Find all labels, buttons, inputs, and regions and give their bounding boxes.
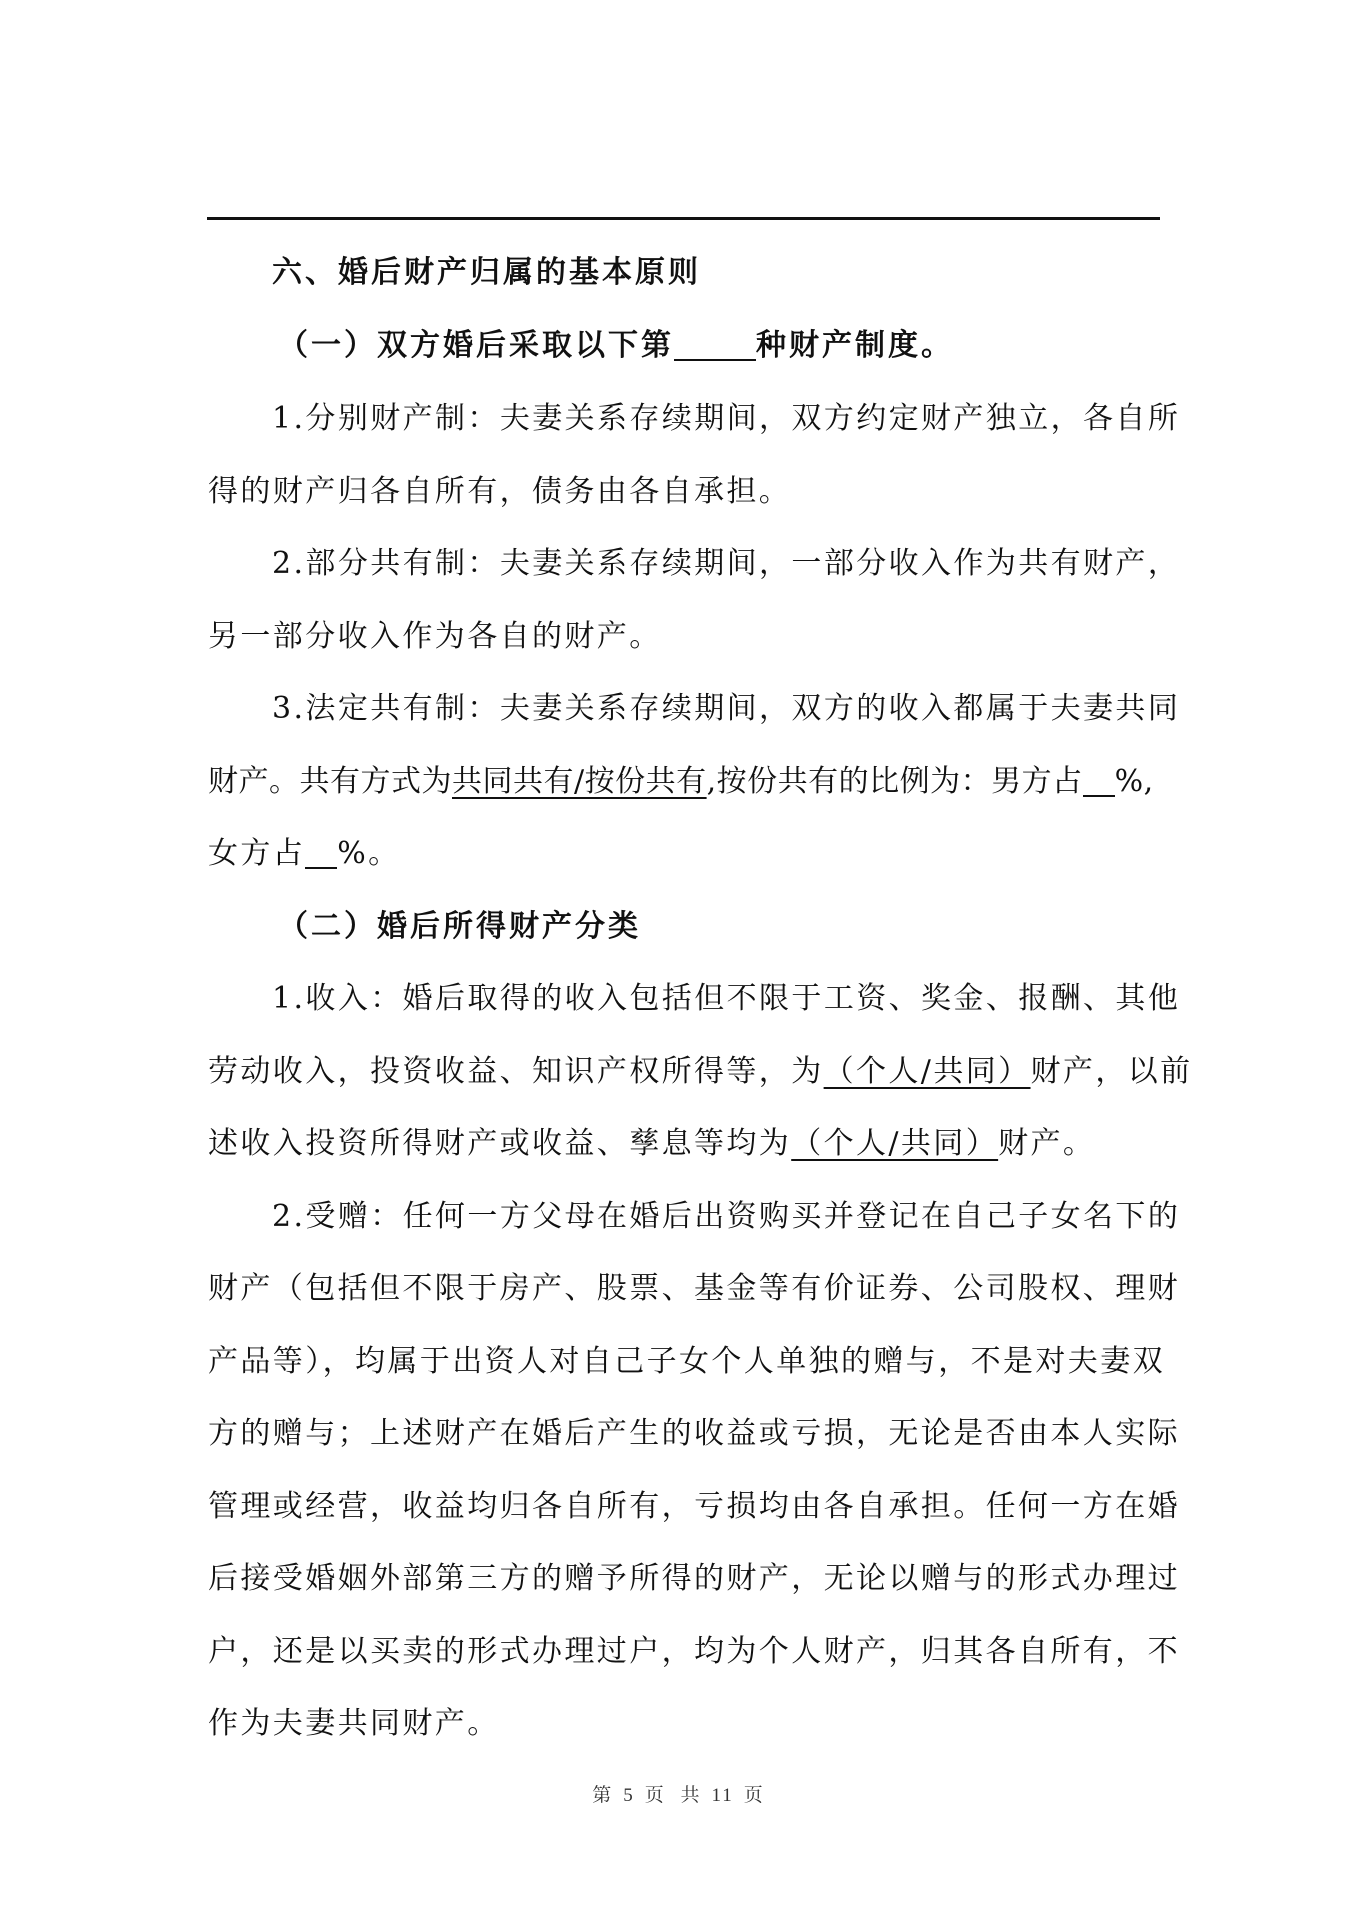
footer-mid: 页 共 (645, 1785, 702, 1806)
male-share-blank[interactable] (1083, 765, 1115, 797)
item-partial-line-2: 另一部分收入作为各自的财产。 (208, 617, 1153, 657)
gift-line-7: 户，还是以买卖的形式办理过户，均为个人财产，归其各自所有，不 (208, 1632, 1153, 1672)
gift-line-5: 管理或经营，收益均归各自所有，亏损均由各自承担。任何一方在婚 (208, 1487, 1153, 1527)
gift-line-8: 作为夫妻共同财产。 (208, 1704, 1153, 1744)
part2-heading: （二）婚后所得财产分类 (278, 907, 1223, 947)
text: 财产。 (998, 1126, 1095, 1161)
text: 财产。共有方式为 (208, 764, 452, 799)
female-share-blank[interactable] (305, 837, 337, 869)
part1-heading-after: 种财产制度。 (756, 328, 954, 363)
text: ,按份共有的比例为：男方占 (707, 764, 1083, 799)
gift-line-1: 2.受赠：任何一方父母在婚后出资购买并登记在自己子女名下的 (272, 1197, 1153, 1237)
income-line-3: 述收入投资所得财产或收益、孳息等均为（个人/共同）财产。 (208, 1124, 1153, 1164)
income-line-1: 1.收入：婚后取得的收入包括但不限于工资、奖金、报酬、其他 (272, 979, 1153, 1019)
text: %, (1115, 764, 1154, 799)
total-pages-number: 11 (711, 1785, 733, 1806)
text: 女方占 (208, 836, 305, 871)
footer-suffix: 页 (744, 1785, 765, 1806)
gift-line-4: 方的赠与；上述财产在婚后产生的收益或亏损，无论是否由本人实际 (208, 1414, 1153, 1454)
text: %。 (337, 836, 400, 871)
page-footer: 第5页 共11页 (0, 1780, 1357, 1807)
income-ownership-options[interactable]: （个人/共同） (824, 1054, 1031, 1089)
footer-prefix: 第 (592, 1785, 613, 1806)
text: 述收入投资所得财产或收益、孳息等均为 (208, 1126, 791, 1161)
gift-line-2: 财产（包括但不限于房产、股票、基金等有价证券、公司股权、理财 (208, 1269, 1153, 1309)
current-page-number: 5 (623, 1785, 635, 1806)
item-partial-line-1: 2.部分共有制：夫妻关系存续期间，一部分收入作为共有财产， (272, 544, 1153, 584)
item-statutory-line-1: 3.法定共有制：夫妻关系存续期间，双方的收入都属于夫妻共同 (272, 689, 1153, 729)
item-statutory-line-3: 女方占%。 (208, 834, 1153, 874)
part1-heading: （一）双方婚后采取以下第种财产制度。 (278, 326, 1223, 366)
header-rule (207, 217, 1160, 220)
item-separate-line-2: 得的财产归各自所有，债务由各自承担。 (208, 472, 1153, 512)
item-separate-line-1: 1.分别财产制：夫妻关系存续期间，双方约定财产独立，各自所 (272, 399, 1153, 439)
text: 劳动收入，投资收益、知识产权所得等，为 (208, 1054, 824, 1089)
ownership-mode-options[interactable]: 共同共有/按份共有 (452, 764, 707, 799)
gift-line-6: 后接受婚姻外部第三方的赠予所得的财产，无论以赠与的形式办理过 (208, 1559, 1153, 1599)
income-line-2: 劳动收入，投资收益、知识产权所得等，为（个人/共同）财产，以前 (208, 1052, 1153, 1092)
system-number-blank[interactable] (674, 329, 756, 361)
part1-heading-before: （一）双方婚后采取以下第 (278, 328, 674, 363)
section-title: 六、婚后财产归属的基本原则 (272, 253, 1153, 293)
text: 财产，以前 (1031, 1054, 1193, 1089)
item-statutory-line-2: 财产。共有方式为共同共有/按份共有,按份共有的比例为：男方占%, (208, 762, 1153, 802)
gift-line-3: 产品等），均属于出资人对自己子女个人单独的赠与，不是对夫妻双 (208, 1342, 1153, 1382)
income-derived-ownership-options[interactable]: （个人/共同） (791, 1126, 998, 1161)
